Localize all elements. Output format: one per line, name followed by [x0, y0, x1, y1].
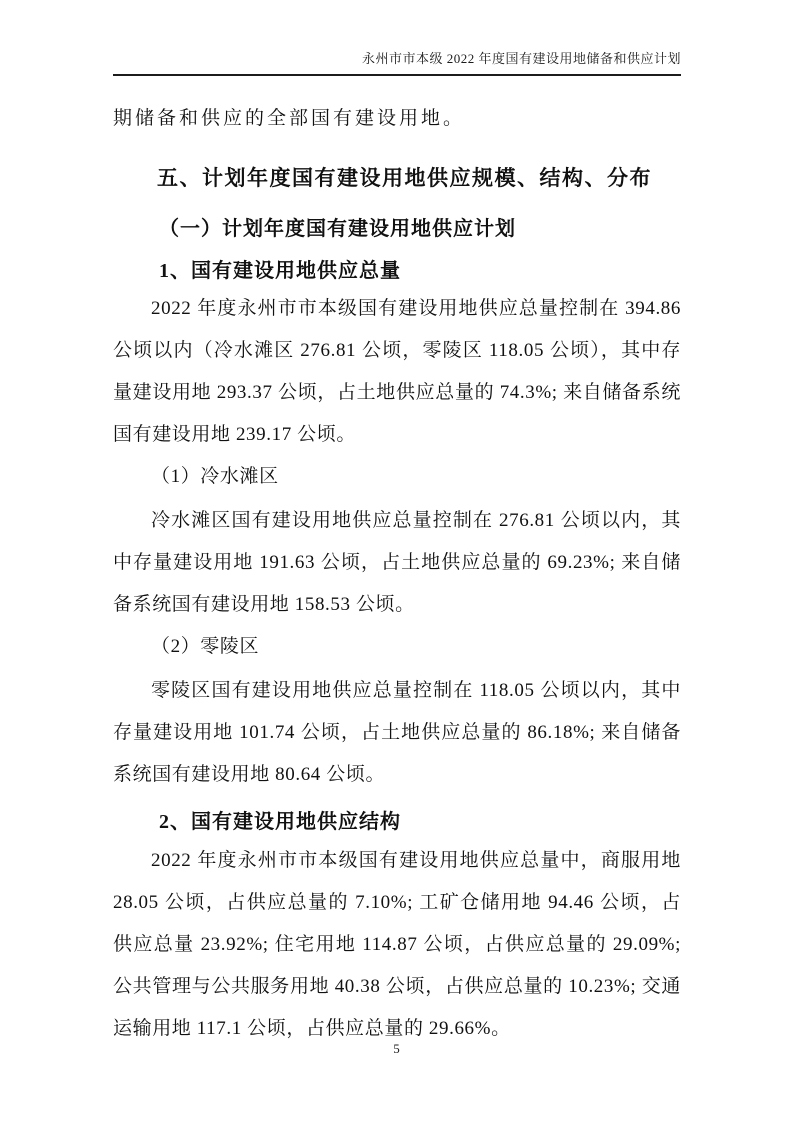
document-header: 永州市市本级 2022 年度国有建设用地储备和供应计划	[113, 50, 681, 76]
district-2-paragraph: 零陵区国有建设用地供应总量控制在 118.05 公顷以内，其中存量建设用地 10…	[113, 670, 681, 796]
total-supply-paragraph: 2022 年度永州市市本级国有建设用地供应总量控制在 394.86 公顷以内（冷…	[113, 288, 681, 456]
district-2-title: （2）零陵区	[113, 626, 681, 668]
subsection-heading: （一）计划年度国有建设用地供应计划	[113, 214, 681, 244]
page-number: 5	[0, 1040, 793, 1058]
item-2-heading: 2、国有建设用地供应结构	[113, 806, 681, 838]
supply-structure-paragraph: 2022 年度永州市市本级国有建设用地供应总量中，商服用地 28.05 公顷，占…	[113, 840, 681, 1050]
district-1-paragraph: 冷水滩区国有建设用地供应总量控制在 276.81 公顷以内，其中存量建设用地 1…	[113, 500, 681, 626]
document-page: 永州市市本级 2022 年度国有建设用地储备和供应计划 期储备和供应的全部国有建…	[0, 0, 793, 1122]
continuation-paragraph: 期储备和供应的全部国有建设用地。	[113, 104, 681, 134]
district-1-title: （1）冷水滩区	[113, 456, 681, 498]
section-heading: 五、计划年度国有建设用地供应规模、结构、分布	[113, 164, 681, 194]
item-1-heading: 1、国有建设用地供应总量	[113, 256, 681, 286]
document-header-title: 永州市市本级 2022 年度国有建设用地储备和供应计划	[362, 51, 681, 66]
